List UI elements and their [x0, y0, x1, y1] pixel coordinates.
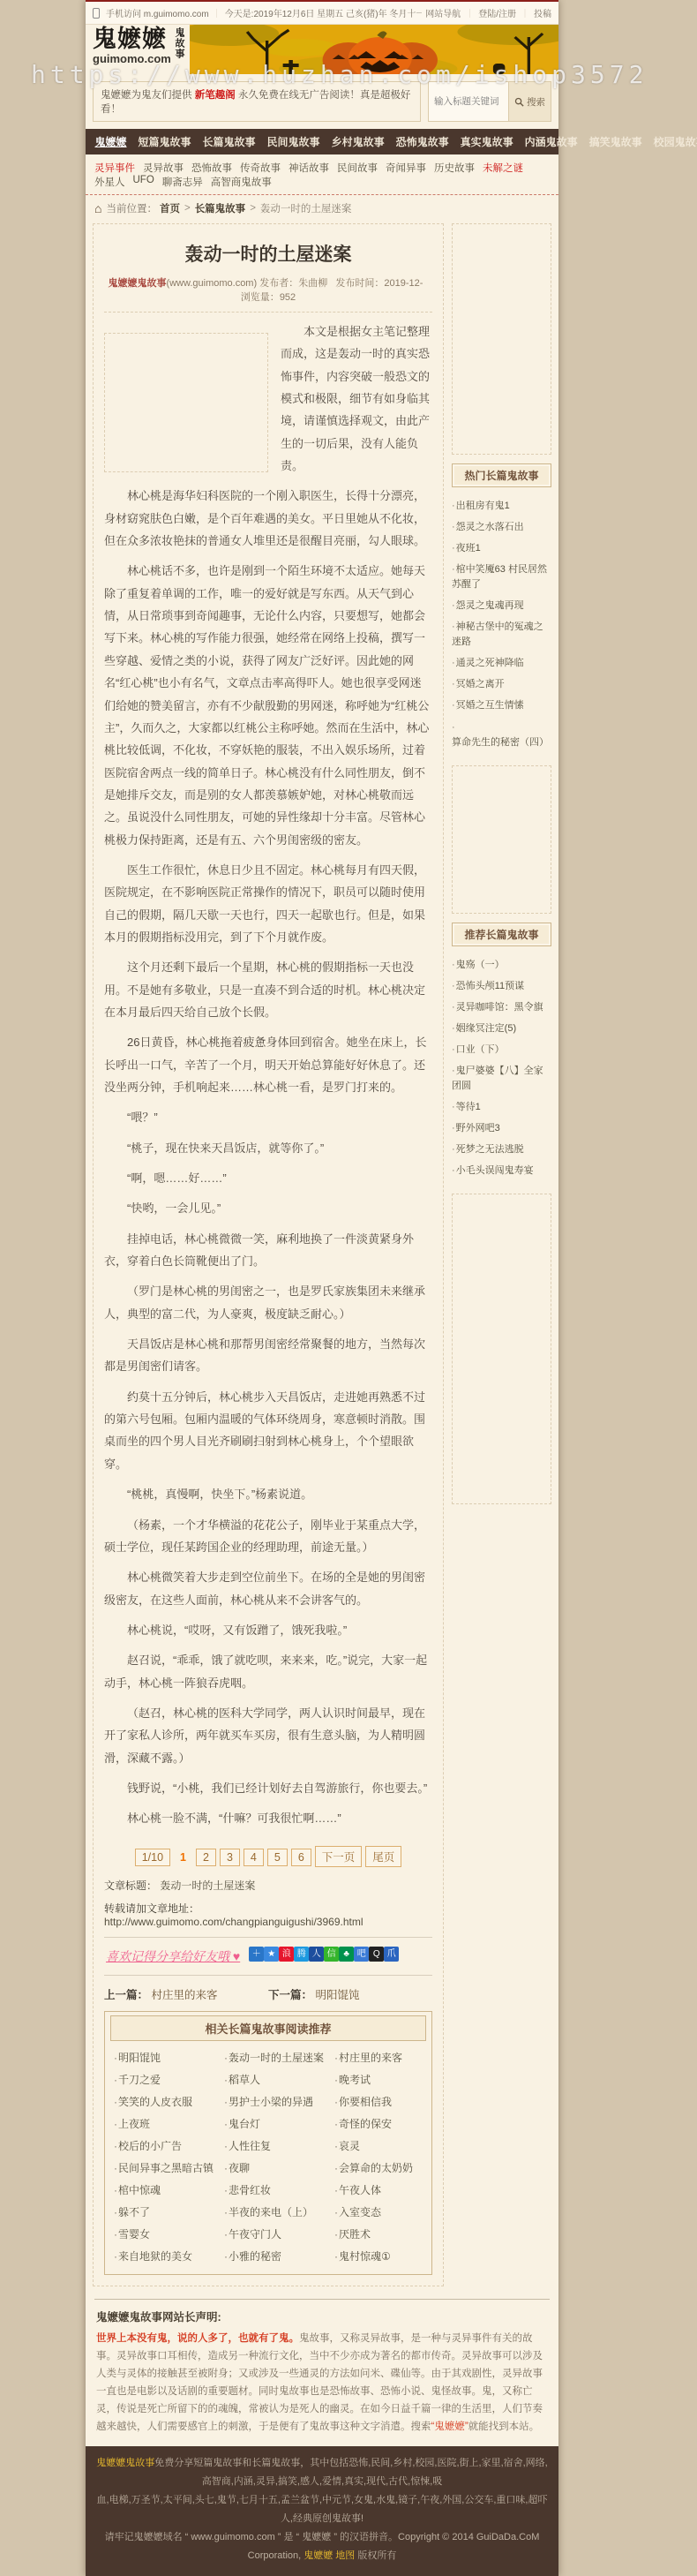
related-item-link[interactable]: 雪婴女 — [114, 2226, 215, 2241]
pagination: 1/10123456下一页尾页 — [104, 1846, 432, 1867]
related-item-link[interactable]: 入室变态 — [334, 2204, 423, 2219]
related-item-link[interactable]: 男护士小梁的异遇 — [224, 2094, 326, 2109]
recommend-list-item-link[interactable]: 野外网吧3 — [452, 1121, 551, 1136]
related-item-link[interactable]: 鬼台灯 — [224, 2116, 326, 2131]
article-paragraph: 林心桃微笑着大步走到空位前坐下。在场的全是她的男闺密级密友，在这些人面前，林心桃… — [104, 1566, 432, 1611]
recommend-list-item-link[interactable]: 姻缘冥注定(5) — [452, 1021, 551, 1036]
nav-item[interactable]: 鬼嬷嬷 — [89, 129, 132, 154]
recommend-list-item-link[interactable]: 等待1 — [452, 1100, 551, 1115]
bottom-bar: 鬼嬷嬷鬼故事免费分享短篇鬼故事和长篇鬼故事，其中包括恐怖,民间,乡村,校园,医院… — [86, 2446, 558, 2575]
breadcrumb-section[interactable]: 长篇鬼故事 — [195, 201, 246, 215]
statement-title: 鬼嬷嬷鬼故事网站长声明: — [96, 2309, 548, 2324]
bottom-line-2: 血,电梯,万圣节,太平间,头七,鬼节,七月十五,孟兰盆节,中元节,女鬼,水鬼,镜… — [96, 2491, 548, 2528]
related-item-link[interactable]: 上夜班 — [114, 2116, 215, 2131]
related-item-link[interactable]: 稻草人 — [224, 2072, 326, 2087]
ad-placeholder-top — [452, 223, 551, 455]
notice-box: 鬼嬷嬷为鬼友们提供 新笔趣阁 永久免费在线无广告阅读！真是超极好看！ — [93, 81, 421, 122]
bottom-text: 血,电梯,万圣节,太平间,头七,鬼节,七月十五,孟兰盆节,中元节,女鬼,水鬼,镜… — [97, 2495, 548, 2524]
search-button-label: 搜索 — [527, 95, 545, 109]
bottom-text: 鬼嬷嬷鬼故事 — [96, 2458, 154, 2468]
main-area: 轰动一时的土屋迷案 鬼嬷嬷鬼故事(www.guimomo.com) 发布者：朱曲… — [86, 222, 558, 2295]
recommend-list-item-link[interactable]: 恐怖头颅11预谋 — [452, 979, 551, 994]
nav-item[interactable]: 民间鬼故事 — [261, 129, 326, 154]
article-paragraph: 挂掉电话，林心桃微微一笑，麻利地换了一件淡黄紧身外衣，穿着白色长筒靴便出了门。 — [104, 1228, 432, 1273]
article-publisher: 朱曲柳 — [298, 278, 327, 289]
subnav-item[interactable]: 奇闻异事 — [386, 161, 426, 175]
main-nav: 鬼嬷嬷短篇鬼故事长篇鬼故事民间鬼故事乡村鬼故事恐怖鬼故事真实鬼故事内涵鬼故事搞笑… — [86, 129, 558, 154]
article-views: 952 — [280, 292, 296, 303]
subnav-item[interactable]: 聊斋志异 — [162, 175, 203, 189]
sina-weibo-icon[interactable]: 浪 — [279, 1947, 294, 1962]
home-icon: ⌂ — [94, 202, 101, 215]
bottom-line-3: 请牢记鬼嬷嬷域名 “ www.guimomo.com ” 是 “ 鬼嬷嬷 ” 的… — [96, 2528, 548, 2565]
article-paragraph: 林心桃说，“哎呀，又有饭蹭了，饿死我啦。” — [104, 1619, 432, 1641]
statement-part: 就能找到本站。 — [468, 2422, 540, 2432]
page-button[interactable]: 2 — [196, 1849, 216, 1866]
related-item-link[interactable]: 午夜守门人 — [224, 2226, 326, 2241]
related-item-link[interactable]: 轰动一时的土屋迷案 — [224, 2050, 326, 2065]
hot-list-item-link[interactable]: 冥婚之离开 — [452, 677, 551, 692]
article-source-url: (www.guimomo.com) — [166, 278, 257, 289]
page-button[interactable]: 6 — [291, 1849, 311, 1866]
mobile-link[interactable]: 手机访问 m.guimomo.com — [106, 6, 209, 19]
article-paragraph: 钱野说，“小桃，我们已经计划好去自驾游旅行，你也要去。” — [104, 1777, 432, 1799]
statement-part: 鬼故事，又称灵异故事，是一种与灵异事件有关的故事。灵异故事口耳相传，造成另一种流… — [96, 2333, 543, 2433]
tencent-weibo-icon[interactable]: 腾 — [294, 1947, 309, 1962]
date-text: 今天是:2019年12月6日 星期五 己亥(猪)年 冬月十一 — [209, 6, 423, 19]
article-paragraph: 26日黄昏，林心桃拖着疲惫身体回到宿舍。她坐在床上，长长呼出一口气，辛苦了一个月… — [104, 1031, 432, 1098]
halloween-banner-art — [190, 25, 558, 74]
related-item-link[interactable]: 你要相信我 — [334, 2094, 423, 2109]
article-time: 2019-12- — [384, 278, 423, 289]
subnav-item[interactable]: 外星人 — [94, 175, 125, 189]
article-source[interactable]: 鬼嬷嬷鬼故事 — [108, 278, 166, 289]
logo-domain: guimomo.com — [93, 53, 171, 64]
bottom-text: 地图 — [335, 2550, 355, 2561]
hot-list-item-link[interactable]: 怨灵之鬼魂再现 — [452, 599, 551, 614]
recommend-list-header: 推荐长篇鬼故事 — [452, 923, 551, 946]
nav-item[interactable]: 乡村鬼故事 — [326, 129, 390, 154]
related-item-link[interactable]: 奇怪的保安 — [334, 2116, 423, 2131]
ad-placeholder-bottom — [452, 1194, 551, 1504]
related-list: 明阳馄饨轰动一时的土屋迷案村庄里的来客千刀之爱稻草人晚考试笑笑的人皮衣服男护士小… — [114, 2050, 423, 2263]
related-item-link[interactable]: 夜聊 — [224, 2160, 326, 2175]
nav-item[interactable]: 长篇鬼故事 — [197, 129, 261, 154]
subnav-item[interactable]: UFO — [133, 175, 154, 189]
page-button[interactable]: 下一页 — [315, 1846, 363, 1867]
related-item-link[interactable]: 半夜的来电（上） — [224, 2204, 326, 2219]
topbar-link[interactable]: 网站导航 — [425, 6, 461, 19]
article-container: 轰动一时的土屋迷案 鬼嬷嬷鬼故事(www.guimomo.com) 发布者：朱曲… — [93, 223, 444, 2286]
article-paragraph: 天昌饭店是林心桃和那帮男闺密经常聚餐的地方，当然每次都是男闺密们请客。 — [104, 1333, 432, 1378]
related-item-link[interactable]: 晚考试 — [334, 2072, 423, 2087]
page-button[interactable]: 1 — [174, 1849, 192, 1865]
notice-highlight-link[interactable]: 新笔趣阁 — [195, 90, 236, 101]
site-header: 鬼嬷嬷 guimomo.com 鬼故事 — [86, 25, 558, 74]
topbar-link[interactable]: 投稿 — [516, 6, 551, 19]
breadcrumb-home[interactable]: 首页 — [160, 201, 180, 215]
related-header: 相关长篇鬼故事阅读推荐 — [110, 2015, 426, 2041]
article-paragraph: “喂？” — [104, 1106, 432, 1128]
nav-item[interactable]: 真实鬼故事 — [454, 129, 519, 154]
recommend-list: 鬼殇（一）恐怖头颅11预谋灵异咖啡馆：黑令旗姻缘冥注定(5)口业（下）鬼尸婆婆【… — [452, 952, 551, 1186]
recommend-list-item-link[interactable]: 死梦之无法逃脱 — [452, 1142, 551, 1157]
article-title-line: 文章标题： 轰动一时的土屋迷案 — [104, 1878, 432, 1893]
search-input[interactable] — [428, 81, 509, 122]
article-paragraph: 林心桃是海华妇科医院的一个刚入职医生，长得十分漂亮，身材窈窕肤色白嫩，是个百年难… — [104, 485, 432, 552]
tieba-icon[interactable]: 吧 — [354, 1947, 369, 1962]
share-bar: 喜欢记得分享给好友哦 ♥ ＋★浪腾人信♣吧Q爪 — [104, 1937, 432, 1976]
subnav-item[interactable]: 恐怖故事 — [191, 161, 232, 175]
related-item-link[interactable]: 悲骨红妆 — [224, 2182, 326, 2197]
topbar-left: 手机访问 m.guimomo.com 今天是:2019年12月6日 星期五 己亥… — [106, 6, 422, 19]
page-button[interactable]: 3 — [220, 1849, 240, 1866]
nav-item[interactable]: 恐怖鬼故事 — [390, 129, 454, 154]
subnav-item[interactable]: 高智商鬼故事 — [211, 175, 272, 189]
qzone-star-icon[interactable]: ★ — [264, 1947, 279, 1962]
page-column: 手机访问 m.guimomo.com 今天是:2019年12月6日 星期五 己亥… — [86, 0, 558, 2576]
statement-part: 世界上本没有鬼，说的人多了，也就有了鬼。 — [96, 2333, 299, 2344]
subnav-item[interactable]: 灵异故事 — [143, 161, 184, 175]
subnav-item[interactable]: 民间故事 — [337, 161, 378, 175]
statement-body: 世界上本没有鬼，说的人多了，也就有了鬼。鬼故事，又称灵异故事，是一种与灵异事件有… — [96, 2330, 548, 2437]
recommend-list-item-link[interactable]: 小毛头误闯鬼寿宴 — [452, 1164, 551, 1179]
mobile-phone-icon — [93, 8, 100, 19]
nav-item[interactable]: 搞笑鬼故事 — [583, 129, 648, 154]
search-button[interactable]: 搜索 — [509, 81, 551, 122]
wechat-icon[interactable]: 信 — [324, 1947, 339, 1962]
renren-icon[interactable]: 人 — [309, 1947, 324, 1962]
related-item-link[interactable]: 会算命的太奶奶 — [334, 2160, 423, 2175]
related-item-link[interactable]: 棺中惊魂 — [114, 2182, 215, 2197]
halloween-banner — [190, 25, 558, 74]
article-title: 轰动一时的土屋迷案 — [104, 240, 432, 267]
hot-list: 出租房有鬼1怨灵之水落石出夜班1棺中笑魇63 村民居然苏醒了怨灵之鬼魂再现神秘古… — [452, 493, 551, 757]
article-paragraph: （罗门是林心桃的男闺密之一，也是罗氏家族集团未来继承人，典型的富二代，为人豪爽，… — [104, 1280, 432, 1325]
bottom-text: 免费分享短篇鬼故事和长篇鬼故事，其中包括恐怖,民间,乡村,校园,医院,街上,家里… — [154, 2458, 548, 2487]
clover-icon[interactable]: ♣ — [339, 1947, 354, 1962]
article-paragraph: “快哟，一会儿见。” — [104, 1197, 432, 1219]
related-item-link[interactable]: 明阳馄饨 — [114, 2050, 215, 2065]
page-button[interactable]: 5 — [267, 1849, 288, 1866]
hot-list-header: 热门长篇鬼故事 — [452, 463, 551, 487]
related-item-link[interactable]: 午夜人体 — [334, 2182, 423, 2197]
related-item-link[interactable]: 哀灵 — [334, 2138, 423, 2153]
nav-item[interactable]: 内涵鬼故事 — [519, 129, 583, 154]
next-article-link[interactable]: 明阳馄饨 — [316, 1989, 360, 2001]
breadcrumb: ⌂ 当前位置： 首页 > 长篇鬼故事 > 轰动一时的土屋迷案 — [86, 195, 558, 222]
article-paragraphs: 本文是根据女主笔记整理而成，这是轰动一时的真实恐怖事件，内容突破一般恐文的模式和… — [104, 320, 432, 1830]
subnav-item[interactable]: 灵异事件 — [94, 161, 135, 175]
subnav-item[interactable]: 历史故事 — [434, 161, 475, 175]
article-url-line: 转载请加文章地址： http://www.guimomo.com/changpi… — [104, 1901, 432, 1928]
recommend-list-item-link[interactable]: 口业（下） — [452, 1043, 551, 1058]
logo-title: 鬼嬷嬷 — [93, 27, 171, 51]
article-paragraph: 这个月还剩下最后一个星期，林心桃的假期指标一天也没用。不是她有多敬业，只是一直凑… — [104, 956, 432, 1023]
hot-list-item-link[interactable]: 冥婚之互生情愫 — [452, 698, 551, 713]
article-paragraph: （赵召，林心桃的医科大学同学，两人认识时间最早，现在开了家私人诊所，两年就买车买… — [104, 1702, 432, 1769]
ad-placeholder-middle — [452, 765, 551, 914]
article-paragraph: “桃子，现在快来天昌饭店，就等你了。” — [104, 1137, 432, 1159]
breadcrumb-prefix: 当前位置： — [106, 201, 157, 215]
site-statement: 鬼嬷嬷鬼故事网站长声明: 世界上本没有鬼，说的人多了，也就有了鬼。鬼故事，又称灵… — [94, 2299, 550, 2447]
topbar-links: 网站导航登陆/注册投稿 — [425, 6, 551, 19]
hot-list-item-link[interactable]: 神秘古堡中的冤魂之迷路 — [452, 620, 551, 650]
page-button[interactable]: 4 — [244, 1849, 264, 1866]
related-item-link[interactable]: 人性往复 — [224, 2138, 326, 2153]
article-title-repeat: 轰动一时的土屋迷案 — [160, 1879, 255, 1892]
related-item-link[interactable]: 笑笑的人皮衣服 — [114, 2094, 215, 2109]
sub-nav: 灵异事件灵异故事恐怖故事传奇故事神话故事民间故事奇闻异事历史故事未解之谜外星人U… — [86, 154, 558, 195]
related-item-link[interactable]: 校后的小广告 — [114, 2138, 215, 2153]
topbar-link[interactable]: 登陆/注册 — [461, 6, 516, 19]
related-item-link[interactable]: 村庄里的来客 — [334, 2050, 423, 2065]
article-image-placeholder — [104, 333, 268, 472]
hot-list-item-link[interactable]: 算命先生的秘密（四） — [452, 720, 551, 750]
sidebar: 热门长篇鬼故事 出租房有鬼1怨灵之水落石出夜班1棺中笑魇63 村民居然苏醒了怨灵… — [452, 223, 551, 1504]
article-paragraph: “啊，嗯……好……” — [104, 1167, 432, 1189]
search-box: 搜索 — [428, 81, 551, 122]
article-paragraph: （杨素，一个才华横溢的花花公子，刚毕业于某重点大学，硕士学位，现任某跨国企业的经… — [104, 1514, 432, 1559]
hot-list-item-link[interactable]: 出租房有鬼1 — [452, 499, 551, 514]
share-plus-icon[interactable]: ＋ — [249, 1947, 264, 1962]
bottom-text: 版权所有 — [355, 2550, 396, 2561]
breadcrumb-current: 轰动一时的土屋迷案 — [260, 201, 352, 215]
related-item-link[interactable]: 民间异事之黑暗古镇 — [114, 2160, 215, 2175]
search-icon — [514, 97, 524, 107]
related-item-link[interactable]: 鬼村惊魂① — [334, 2248, 423, 2263]
recommend-list-item-link[interactable]: 鬼殇（一） — [452, 958, 551, 973]
statement-part: “鬼嬷嬷” — [431, 2422, 468, 2432]
article-paragraph: 林心桃话不多，也许是刚到一个陌生环境不太适应。她每天除了重复着单调的工作，唯一的… — [104, 560, 432, 850]
qq-penguin-icon[interactable]: Q — [369, 1947, 384, 1962]
related-item-link[interactable]: 千刀之爱 — [114, 2072, 215, 2087]
article-url[interactable]: http://www.guimomo.com/changpianguigushi… — [104, 1916, 363, 1928]
prev-next-row: 上一篇： 村庄里的来客 下一篇： 明阳馄饨 — [104, 1986, 432, 2002]
article-body: 本文是根据女主笔记整理而成，这是轰动一时的真实恐怖事件，内容突破一般恐文的模式和… — [104, 320, 432, 1830]
share-icons: ＋★浪腾人信♣吧Q爪 — [249, 1947, 399, 1966]
hot-list-item-link[interactable]: 通灵之死神降临 — [452, 656, 551, 671]
bottom-line-1: 鬼嬷嬷鬼故事免费分享短篇鬼故事和长篇鬼故事，其中包括恐怖,民间,乡村,校园,医院… — [96, 2454, 548, 2491]
related-item-link[interactable]: 小雅的秘密 — [224, 2248, 326, 2263]
article-paragraph: 医生工作很忙，休息日少且不固定。林心桃每月有四天假，医院规定，在不影响医院正常操… — [104, 859, 432, 948]
article-paragraph: “桃桃，真慢啊，快坐下。”杨素说道。 — [104, 1483, 432, 1505]
site-logo[interactable]: 鬼嬷嬷 guimomo.com 鬼故事 — [86, 25, 190, 74]
related-box: 相关长篇鬼故事阅读推荐 明阳馄饨轰动一时的土屋迷案村庄里的来客千刀之爱稻草人晚考… — [104, 2011, 432, 2275]
nav-item[interactable]: 校园鬼故事 — [648, 129, 697, 154]
hot-list-item-link[interactable]: 怨灵之水落石出 — [452, 520, 551, 535]
article-paragraph: 约莫十五分钟后，林心桃步入天昌饭店，走进她再熟悉不过的第六号包厢。包厢内温暖的气… — [104, 1386, 432, 1475]
related-item-link[interactable]: 厌胜术 — [334, 2226, 423, 2241]
hot-list-item-link[interactable]: 夜班1 — [452, 541, 551, 556]
article-meta: 鬼嬷嬷鬼故事(www.guimomo.com) 发布者：朱曲柳 发布时间：201… — [104, 275, 432, 313]
recommend-list-item-link[interactable]: 灵异咖啡馆：黑令旗 — [452, 1000, 551, 1015]
top-bar: 手机访问 m.guimomo.com 今天是:2019年12月6日 星期五 己亥… — [86, 0, 558, 25]
article-paragraph: 林心桃一脸不满，“什嘛？可我很忙啊……” — [104, 1807, 432, 1829]
article-paragraph: 赵召说，“乖乖，饿了就吃呗，来来来，吃。”说完，大家一起动手，林心桃一阵狼吞虎咽… — [104, 1649, 432, 1694]
prev-article: 上一篇： 村庄里的来客 — [104, 1986, 268, 2002]
subnav-item[interactable]: 未解之谜 — [483, 161, 523, 175]
subnav-item[interactable]: 传奇故事 — [240, 161, 281, 175]
next-article: 下一篇： 明阳馄饨 — [268, 1986, 432, 2002]
hot-list-item-link[interactable]: 棺中笑魇63 村民居然苏醒了 — [452, 562, 551, 592]
page-button[interactable]: 1/10 — [135, 1849, 170, 1866]
notice-prefix: 鬼嬷嬷为鬼友们提供 — [101, 90, 195, 101]
bottom-text: 鬼嬷嬷 — [304, 2550, 333, 2561]
share-hint-text: 喜欢记得分享给好友哦 ♥ — [106, 1947, 240, 1965]
recommend-list-item-link[interactable]: 鬼尸婆婆【八】全家团圆 — [452, 1064, 551, 1094]
prev-article-link[interactable]: 村庄里的来客 — [152, 1989, 218, 2001]
logo-seal-text: 鬼故事 — [174, 27, 184, 59]
related-item-link[interactable]: 来自地狱的美女 — [114, 2248, 215, 2263]
page-button[interactable]: 尾页 — [365, 1846, 401, 1867]
subnav-item[interactable]: 神话故事 — [289, 161, 329, 175]
baidu-paw-icon[interactable]: 爪 — [384, 1947, 399, 1962]
nav-item[interactable]: 短篇鬼故事 — [132, 129, 197, 154]
notice-row: 鬼嬷嬷为鬼友们提供 新笔趣阁 永久免费在线无广告阅读！真是超极好看！ 搜索 — [86, 74, 558, 129]
related-item-link[interactable]: 躲不了 — [114, 2204, 215, 2219]
